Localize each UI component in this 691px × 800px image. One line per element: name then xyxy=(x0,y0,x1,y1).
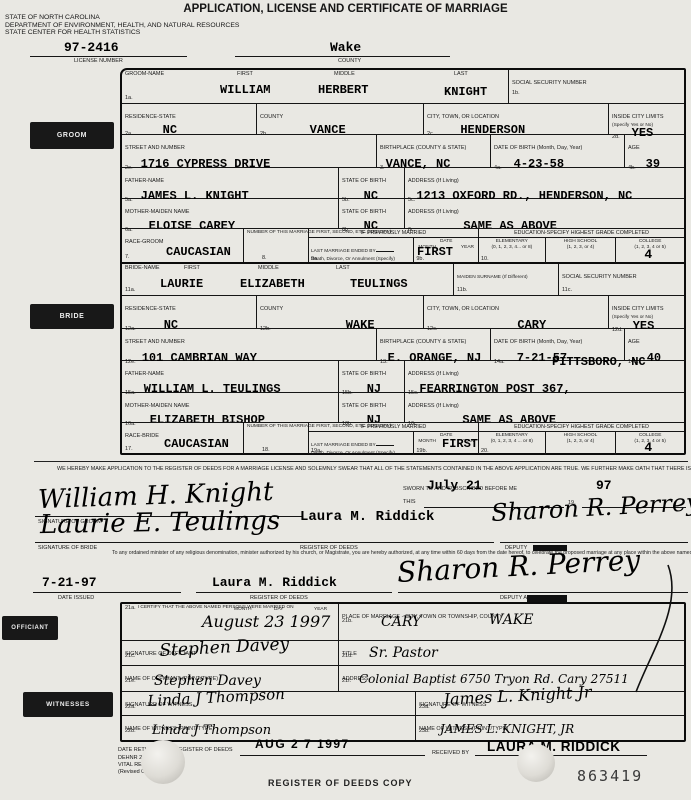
value-middle: ELIZABETH xyxy=(240,278,305,291)
num: 19a. xyxy=(311,448,322,454)
bride-college-cell: COLLEGE (1, 2, 3, 4 or 5) 4 xyxy=(615,432,684,455)
witness-name-row: NAME OF WITNESS (PRINT/TYPE) 22b. Linda … xyxy=(122,715,684,740)
license-number-label: LICENSE NUMBER xyxy=(74,58,123,65)
label: BIRTHPLACE (COUNTY & STATE) xyxy=(380,145,466,151)
num: 22a. xyxy=(125,704,136,710)
groom-ssn-cell: SOCIAL SECURITY NUMBER 1b. xyxy=(508,70,684,103)
label: ADDRESS (If Living) xyxy=(408,403,459,409)
group-header: EDUCATION-SPECIFY HIGHEST GRADE COMPLETE… xyxy=(479,423,684,432)
witness2-name-cell: NAME OF WITNESS (PRINT/TYPE) 23b. JAMES … xyxy=(415,716,684,740)
group-header: IF PREVIOUSLY MARRIED xyxy=(309,423,478,432)
label: RACE-BRIDE xyxy=(125,433,159,439)
officiant-section-tab: OFFICIANT xyxy=(2,616,58,640)
sublabel: (0, 1, 2, 3, 4... or 8) xyxy=(481,245,543,251)
sublabel: (0, 1, 2, 3, 4 ... or 8) xyxy=(481,439,543,445)
value-last: KNIGHT xyxy=(444,86,487,99)
num: 22b. xyxy=(125,728,136,734)
issuance-deputy-redaction xyxy=(527,595,567,602)
label: MOTHER-MAIDEN NAME xyxy=(125,209,189,215)
num: 21f. xyxy=(342,678,351,684)
bride-marriage-number-value: FIRST xyxy=(442,438,478,451)
label: BRIDE-NAME xyxy=(125,265,160,272)
bride-street-cell: STREET AND NUMBER 12e.101 CAMBRIAN WAY xyxy=(122,329,376,360)
groom-mother-cell: MOTHER-MAIDEN NAME 6a.ELOISE CAREY xyxy=(122,199,338,228)
value: 4 xyxy=(644,441,652,454)
label: I CERTIFY THAT THE ABOVE NAMED PERSONS W… xyxy=(138,605,294,611)
label: COUNTY xyxy=(260,306,283,312)
label-last: LAST xyxy=(454,71,468,78)
bride-residence-row: RESIDENCE-STATE 12a.NC COUNTY 12b.WAKE C… xyxy=(122,295,684,328)
value-first: WILLIAM xyxy=(220,84,270,97)
num: 23b. xyxy=(419,728,430,734)
num: 21a. xyxy=(125,605,136,611)
groom-father-row: FATHER-NAME 5a.JAMES L. KNIGHT STATE OF … xyxy=(122,167,684,198)
bride-race-value: CAUCASIAN xyxy=(164,438,229,451)
label: STREET AND NUMBER xyxy=(125,145,185,151)
num: 10. xyxy=(481,256,489,262)
groom-mother-birth-state-cell: STATE OF BIRTH 6b.NC xyxy=(338,199,404,228)
label: AGE xyxy=(628,145,640,151)
application-statement: WE HEREBY MAKE APPLICATION TO THE REGIST… xyxy=(57,466,685,472)
groom-mother-row: MOTHER-MAIDEN NAME 6a.ELOISE CAREY STATE… xyxy=(122,198,684,228)
place-city-value: CARY xyxy=(381,614,421,630)
groom-father-address-cell: ADDRESS (If Living) 5c.1213 OXFORD RD., … xyxy=(404,168,684,198)
num: 11a. xyxy=(125,287,135,293)
groom-father-birth-state-cell: STATE OF BIRTH 5b.NC xyxy=(338,168,404,198)
issuance-register-label: REGISTER OF DEEDS xyxy=(250,595,308,602)
date-returned-stamp: AUG 2 7 1997 xyxy=(255,737,350,751)
groom-college-cell: COLLEGE (1, 2, 3, 4 or 5) 4 xyxy=(615,238,684,263)
num: 1a. xyxy=(125,95,133,101)
date-issued-value: 7-21-97 xyxy=(42,576,97,589)
value-last: TEULINGS xyxy=(350,278,408,291)
groom-dob-cell: DATE OF BIRTH (Month, Day, Year) 4a.4-23… xyxy=(490,135,624,167)
num: 21d. xyxy=(342,653,353,659)
bride-elementary-cell: ELEMENTARY (0, 1, 2, 3, 4 ... or 8) 20. xyxy=(479,432,545,455)
label-middle: MIDDLE xyxy=(258,265,279,272)
label: STATE OF BIRTH xyxy=(342,209,386,215)
label: AGE xyxy=(628,339,640,345)
label: SOCIAL SECURITY NUMBER xyxy=(562,274,637,280)
agency-line-1: STATE OF NORTH CAROLINA xyxy=(5,14,239,22)
sublabel: Death, Divorce, Or Annulment (Specify) xyxy=(311,257,411,263)
label: RACE-GROOM xyxy=(125,239,164,245)
groom-marriage-number-value: FIRST xyxy=(417,246,453,259)
label: LAST MARRIAGE ENDED BY xyxy=(311,249,376,254)
groom-father-cell: FATHER-NAME 5a.JAMES L. KNIGHT xyxy=(122,168,338,198)
num: 11b. xyxy=(457,287,467,293)
groom-age-cell: AGE 4b.39 xyxy=(624,135,684,167)
received-by-stamp: LAURA M. RIDDICK xyxy=(487,739,621,754)
groom-city-cell: CITY, TOWN, OR LOCATION 2c.HENDERSON xyxy=(423,104,608,134)
witness1-signature-cell: SIGNATURE OF WITNESS 22a. Linda J Thomps… xyxy=(122,692,415,715)
sublabel: (1, 2, 3, or 4) xyxy=(548,245,614,251)
groom-county-cell: COUNTY 2b.VANCE xyxy=(256,104,423,134)
sublabel: (1, 2, 3, or 4) xyxy=(548,439,614,445)
label: RESIDENCE-STATE xyxy=(125,114,176,120)
bride-city-limits-cell: INSIDE CITY LIMITS (Specify Yes or No) 1… xyxy=(608,296,684,328)
county-label: COUNTY xyxy=(338,58,361,65)
label: INSIDE CITY LIMITS xyxy=(612,114,664,120)
label: STATE OF BIRTH xyxy=(342,178,386,184)
bride-name-cell: BRIDE-NAME FIRST MIDDLE LAST 11a. LAURIE… xyxy=(122,264,453,295)
label: SOCIAL SECURITY NUMBER xyxy=(512,80,587,86)
num: 18. xyxy=(262,447,270,453)
groom-name-row: GROOM-NAME FIRST MIDDLE LAST 1a. WILLIAM… xyxy=(122,70,684,103)
num: 19b. xyxy=(416,448,427,454)
group-header: EDUCATION-SPECIFY HIGHEST GRADE COMPLETE… xyxy=(479,229,684,238)
deputy-signature: Sharon R. Perrey xyxy=(491,488,691,527)
married-on-date-value: August 23 1997 xyxy=(202,612,330,631)
groom-marriage-number-cell: NUMBER OF THIS MARRIAGE FIRST, SECOND, E… xyxy=(243,229,308,262)
groom-elementary-cell: ELEMENTARY (0, 1, 2, 3, 4... or 8) 10. xyxy=(479,238,545,263)
bride-father-cell: FATHER-NAME 15a.WILLIAM L. TEULINGS xyxy=(122,361,338,392)
num: 7. xyxy=(125,254,130,260)
num: 8. xyxy=(262,255,267,261)
issuance-deputy-label: DEPUTY A xyxy=(500,595,527,602)
num: 23a. xyxy=(419,704,430,710)
label: COUNTY xyxy=(260,114,283,120)
officiant-title-value: Sr. Pastor xyxy=(369,645,438,661)
label: STATE OF BIRTH xyxy=(342,403,386,409)
bride-county-cell: COUNTY 12b.WAKE xyxy=(256,296,423,328)
num: 9a. xyxy=(311,256,319,262)
groom-residence-row: RESIDENCE-STATE 2a.NC COUNTY 2b.VANCE CI… xyxy=(122,103,684,134)
month-label: MONTH xyxy=(418,439,436,445)
punch-hole-left xyxy=(141,740,185,784)
bride-high-school-cell: HIGH SCHOOL (1, 2, 3, or 4) xyxy=(545,432,616,455)
label-last: LAST xyxy=(336,265,350,272)
num: 11c. xyxy=(562,287,572,293)
serial-number: 863419 xyxy=(577,767,643,785)
label: MAIDEN SURNAME (If Different) xyxy=(457,275,528,280)
witness1-name-value: Linda J Thompson xyxy=(152,723,271,738)
issuance-register-name: Laura M. Riddick xyxy=(212,576,337,589)
num: 17. xyxy=(125,446,133,452)
bride-mother-address-cell: ADDRESS (If Living) 16c.SAME AS ABOVE xyxy=(404,393,684,422)
label: DATE OF BIRTH (Month, Day, Year) xyxy=(494,339,582,345)
groom-high-school-cell: HIGH SCHOOL (1, 2, 3, or 4) xyxy=(545,238,616,263)
label: GROOM-NAME xyxy=(125,71,164,78)
value-middle: HERBERT xyxy=(318,84,368,97)
bride-mother-row: MOTHER-MAIDEN NAME 16a.ELIZABETH BISHOP … xyxy=(122,392,684,422)
groom-marriage-row: RACE-GROOM 7. NUMBER OF THIS MARRIAGE FI… xyxy=(122,228,684,262)
bride-father-birth-state-cell: STATE OF BIRTH 15b.NJ xyxy=(338,361,404,392)
label: FATHER-NAME xyxy=(125,371,164,377)
label: PLACE OF MARRIAGE - CITY, TOWN OR TOWNSH… xyxy=(342,614,503,620)
groom-last-marriage-ended-cell: LAST MARRIAGE ENDED BY Death, Divorce, O… xyxy=(309,238,413,263)
label: ADDRESS (If Living) xyxy=(408,178,459,184)
bride-mother-cell: MOTHER-MAIDEN NAME 16a.ELIZABETH BISHOP xyxy=(122,393,338,422)
groom-race-value: CAUCASIAN xyxy=(166,246,231,259)
label-middle: MIDDLE xyxy=(334,71,355,78)
label: MOTHER-MAIDEN NAME xyxy=(125,403,189,409)
bride-name-row: BRIDE-NAME FIRST MIDDLE LAST 11a. LAURIE… xyxy=(122,262,684,295)
bride-education-group: EDUCATION-SPECIFY HIGHEST GRADE COMPLETE… xyxy=(478,423,684,454)
bride-signature-label: SIGNATURE OF BRIDE xyxy=(38,545,97,552)
sworn-date-value: July 21 xyxy=(427,479,482,492)
bride-state-cell: RESIDENCE-STATE 12a.NC xyxy=(122,296,256,328)
groom-section-tab: GROOM xyxy=(30,122,114,149)
bride-birthplace-cell: BIRTHPLACE (COUNTY & STATE) 13.E. ORANGE… xyxy=(376,329,490,360)
bride-ssn-cell: SOCIAL SECURITY NUMBER 11c. xyxy=(558,264,684,295)
copy-type-label: REGISTER OF DEEDS COPY xyxy=(268,778,413,788)
bride-maiden-surname-cell: MAIDEN SURNAME (If Different) 11b. xyxy=(453,264,558,295)
agency-line-3: STATE CENTER FOR HEALTH STATISTICS xyxy=(5,29,239,37)
punch-hole-right xyxy=(517,744,555,782)
officiant-certify-cell: 21a. I CERTIFY THAT THE ABOVE NAMED PERS… xyxy=(122,604,338,640)
witness2-name-value: JAMES L. KNIGHT, JR xyxy=(440,722,574,736)
sworn-this-label: THIS xyxy=(403,499,416,506)
bride-signature: Laurie E. Teulings xyxy=(40,506,281,540)
groom-state-cell: RESIDENCE-STATE 2a.NC xyxy=(122,104,256,134)
groom-city-limits-cell: INSIDE CITY LIMITS (Specify Yes or No) 2… xyxy=(608,104,684,134)
received-by-label: RECEIVED BY xyxy=(432,750,469,757)
label: STREET AND NUMBER xyxy=(125,339,185,345)
groom-street-row: STREET AND NUMBER 2e.1716 CYPRESS DRIVE … xyxy=(122,134,684,167)
bride-marriage-row: RACE-BRIDE 17. NUMBER OF THIS MARRIAGE F… xyxy=(122,422,684,454)
label: CITY, TOWN, OR LOCATION xyxy=(427,114,499,120)
label: DATE OF BIRTH (Month, Day, Year) xyxy=(494,145,582,151)
bride-mother-birth-state-cell: STATE OF BIRTH 16b.NJ xyxy=(338,393,404,422)
label: BIRTHPLACE (COUNTY & STATE) xyxy=(380,339,466,345)
num: 21c. xyxy=(125,653,135,659)
groom-education-group: EDUCATION-SPECIFY HIGHEST GRADE COMPLETE… xyxy=(478,229,684,262)
pen-stroke xyxy=(580,560,691,700)
groom-mother-address-cell: ADDRESS (If Living) 6c.SAME AS ABOVE xyxy=(404,199,684,228)
num: 20. xyxy=(481,448,489,454)
value: 4 xyxy=(644,248,652,261)
groom-name-cell: GROOM-NAME FIRST MIDDLE LAST 1a. WILLIAM… xyxy=(122,70,508,103)
label-first: FIRST xyxy=(184,265,200,272)
county-value: Wake xyxy=(330,41,361,54)
bride-last-marriage-ended-cell: LAST MARRIAGE ENDED BY Death, Divorce, O… xyxy=(309,432,413,455)
bride-father-address-overflow: PITTSBORO, NC xyxy=(552,356,646,369)
register-of-deeds-name: Laura M. Riddick xyxy=(300,511,434,524)
group-header: IF PREVIOUSLY MARRIED xyxy=(309,229,478,238)
sublabel: Death, Divorce, Or Annulment (Specify) xyxy=(311,451,411,457)
label: NUMBER OF THIS MARRIAGE FIRST, SECOND, E… xyxy=(247,424,307,430)
label: ADDRESS (If Living) xyxy=(408,371,459,377)
year-label: YEAR xyxy=(461,245,474,251)
sworn-year-value: 97 xyxy=(596,479,612,492)
agency-line-2: DEPARTMENT OF ENVIRONMENT, HEALTH, AND N… xyxy=(5,22,239,30)
license-number-value: 97-2416 xyxy=(64,41,119,54)
label: ADDRESS (If Living) xyxy=(408,209,459,215)
officiant-signature-cell: SIGNATURE OF OFFICIANT 21c. Stephen Dave… xyxy=(122,641,338,665)
bride-city-cell: CITY, TOWN, OR LOCATION 12c.CARY xyxy=(423,296,608,328)
marriage-certificate-document: APPLICATION, LICENSE AND CERTIFICATE OF … xyxy=(0,0,691,800)
label: RESIDENCE-STATE xyxy=(125,306,176,312)
place-county-value: WAKE xyxy=(489,612,533,628)
label-first: FIRST xyxy=(237,71,253,78)
witnesses-section-tab: WITNESSES xyxy=(23,692,113,717)
groom-street-cell: STREET AND NUMBER 2e.1716 CYPRESS DRIVE xyxy=(122,135,376,167)
bride-section-tab: BRIDE xyxy=(30,304,114,329)
label: INSIDE CITY LIMITS xyxy=(612,306,664,312)
num: 21b. xyxy=(342,618,353,624)
label: CITY, TOWN, OR LOCATION xyxy=(427,306,499,312)
groom-birthplace-cell: BIRTHPLACE (COUNTY & STATE) 3.VANCE, NC xyxy=(376,135,490,167)
label: STATE OF BIRTH xyxy=(342,371,386,377)
label: FATHER-NAME xyxy=(125,178,164,184)
value-first: LAURIE xyxy=(160,278,203,291)
num: 1b. xyxy=(512,90,520,96)
date-issued-label: DATE ISSUED xyxy=(58,595,94,602)
num: 21e. xyxy=(125,678,136,684)
bride-marriage-number-cell: NUMBER OF THIS MARRIAGE FIRST, SECOND, E… xyxy=(243,423,308,454)
label: NUMBER OF THIS MARRIAGE FIRST, SECOND, E… xyxy=(247,230,307,236)
applicant-form-box: GROOM-NAME FIRST MIDDLE LAST 1a. WILLIAM… xyxy=(120,68,686,455)
